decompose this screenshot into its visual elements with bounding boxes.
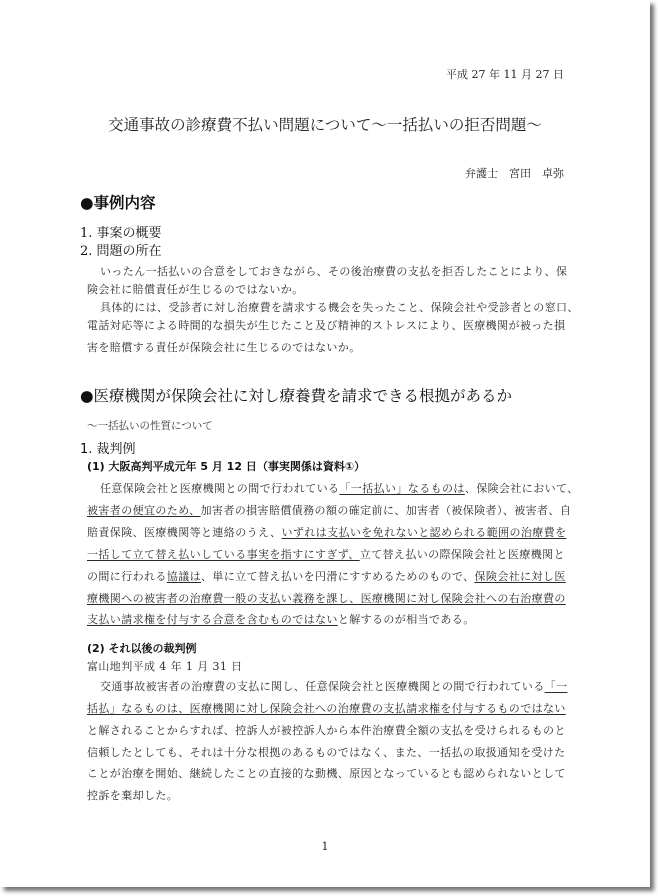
case1-line3: 賠責保険、医療機関等と連絡のうえ、いずれは支払いを免れないと認められる範囲の治療… — [87, 524, 566, 540]
document-author: 弁護士 宮田 卓弥 — [465, 165, 564, 181]
case1-line1-text: 任意保険会社と医療機関との間で行われている — [100, 482, 339, 495]
section1-para1-line1: いったん一括払いの合意をしておきながら、その後治療費の支払を拒否したことにより、… — [100, 263, 567, 279]
section1-para1-line2: 険会社に賠償責任が生じるのではないか。 — [87, 281, 304, 297]
case1-line4-underline: 一括して立て替え払いしている事実を指すにすぎず、 — [87, 548, 360, 561]
case1-line5-mid: 、単に立て替え払いを円滑にすすめるためのもので、 — [201, 570, 475, 583]
case1-line3-underline: いずれは支払いを免れないと認められる範囲の治療費を — [281, 526, 566, 539]
case1-line6: 療機関への被害者の治療費一般の支払い義務を課し、医療機関に対し保険会社への右治療… — [87, 590, 566, 606]
case1-line2-underline: 被害者の便宜のため、 — [87, 504, 201, 517]
case2-heading: (2) それ以後の裁判例 — [87, 640, 197, 656]
case1-line5-underline2: 保険会社に対し医 — [475, 570, 566, 583]
case2-line2: 括払」なるものは、医療機関に対し保険会社への治療費の支払請求権を付与するものでは… — [87, 700, 566, 716]
case2-court: 富山地判平成 4 年 1 月 31 日 — [87, 658, 243, 674]
section1-para2-line2: 電話対応等による時間的な損失が生じたこと及び精神的ストレスにより、医療機関が被っ… — [87, 317, 565, 333]
document-date: 平成 27 年 11 月 27 日 — [446, 66, 564, 82]
case2-line4: 信頼したとしても、それは十分な根拠のあるものではなく、また、一括払の取扱通知を受… — [87, 744, 566, 760]
case1-line5-underline1: 協議は — [167, 570, 201, 583]
section2-heading: ●医療機関が保険会社に対し療養費を請求できる根拠があるか — [80, 384, 512, 406]
section1-item2: 2. 問題の所在 — [80, 240, 162, 259]
case1-line7-text: と解するのが相当である。 — [338, 613, 475, 626]
case1-line6-underline: 療機関への被害者の治療費一般の支払い義務を課し、医療機関に対し保険会社への右治療… — [87, 592, 566, 605]
case1-line1: 任意保険会社と医療機関との間で行われている「一括払い」なるものは、保険会社におい… — [100, 480, 579, 496]
case2-line3: と解されることからすれば、控訴人が被控訴人から本件治療費全額の支払を受けられるも… — [87, 722, 566, 738]
section1-item1: 1. 事案の概要 — [80, 222, 162, 241]
case1-line7: 支払い請求権を付与する合意を含むものではないと解するのが相当である。 — [87, 611, 475, 627]
case2-line1-text: 交通事故被害者の治療費の支払に関し、任意保険会社と医療機関との間で行われている — [100, 680, 545, 693]
case1-line5-text: の間に行われる — [87, 570, 167, 583]
case1-heading: (1) 大阪高判平成元年 5 月 12 日（事実関係は資料①） — [87, 458, 365, 474]
case1-line2: 被害者の便宜のため、加害者の損害賠償債務の額の確定前に、加害者（被保険者）、被害… — [87, 502, 571, 518]
case2-line2-underline: 括払」なるものは、医療機関に対し保険会社への治療費の支払請求権を付与するものでは… — [87, 702, 566, 715]
page-number: 1 — [0, 840, 650, 853]
case2-line1-underline: 「一 — [545, 680, 568, 693]
case1-line1-tail: 、保険会社において、 — [465, 482, 579, 495]
case1-line2-text: 加害者の損害賠償債務の額の確定前に、加害者（被保険者）、被害者、自 — [201, 504, 572, 517]
case1-line4-text: 立て替え払いの際保険会社と医療機関と — [360, 548, 565, 561]
case2-line6: 控訴を棄却した。 — [87, 787, 178, 803]
document-page: 平成 27 年 11 月 27 日 交通事故の診療費不払い問題について〜一括払い… — [0, 0, 650, 887]
case1-line7-underline: 支払い請求権を付与する合意を含むものではない — [87, 613, 338, 626]
section2-subheading: 〜一括払いの性質について — [87, 418, 213, 433]
case1-line5: の間に行われる協議は、単に立て替え払いを円滑にすすめるためのもので、保険会社に対… — [87, 568, 566, 584]
case1-line3-text: 賠責保険、医療機関等と連絡のうえ、 — [87, 526, 281, 539]
case1-line1-underline: 「一括払い」なるものは — [339, 482, 464, 495]
case2-line5: ことが治療を開始、継続したことの直接的な動機、原因となっているとも認められないと… — [87, 765, 566, 781]
section2-item1: 1. 裁判例 — [80, 438, 136, 457]
document-title: 交通事故の診療費不払い問題について〜一括払いの拒否問題〜 — [0, 113, 650, 135]
case2-line1: 交通事故被害者の治療費の支払に関し、任意保険会社と医療機関との間で行われている「… — [100, 678, 567, 694]
section1-para2-line1: 具体的には、受診者に対し治療費を請求する機会を失ったこと、保険会社や受診者との窓… — [100, 299, 579, 315]
section1-para2-line3: 害を賠償する責任が保険会社に生じるのではないか。 — [87, 339, 361, 355]
case1-line4: 一括して立て替え払いしている事実を指すにすぎず、立て替え払いの際保険会社と医療機… — [87, 546, 565, 562]
section1-heading: ●事例内容 — [80, 191, 156, 213]
